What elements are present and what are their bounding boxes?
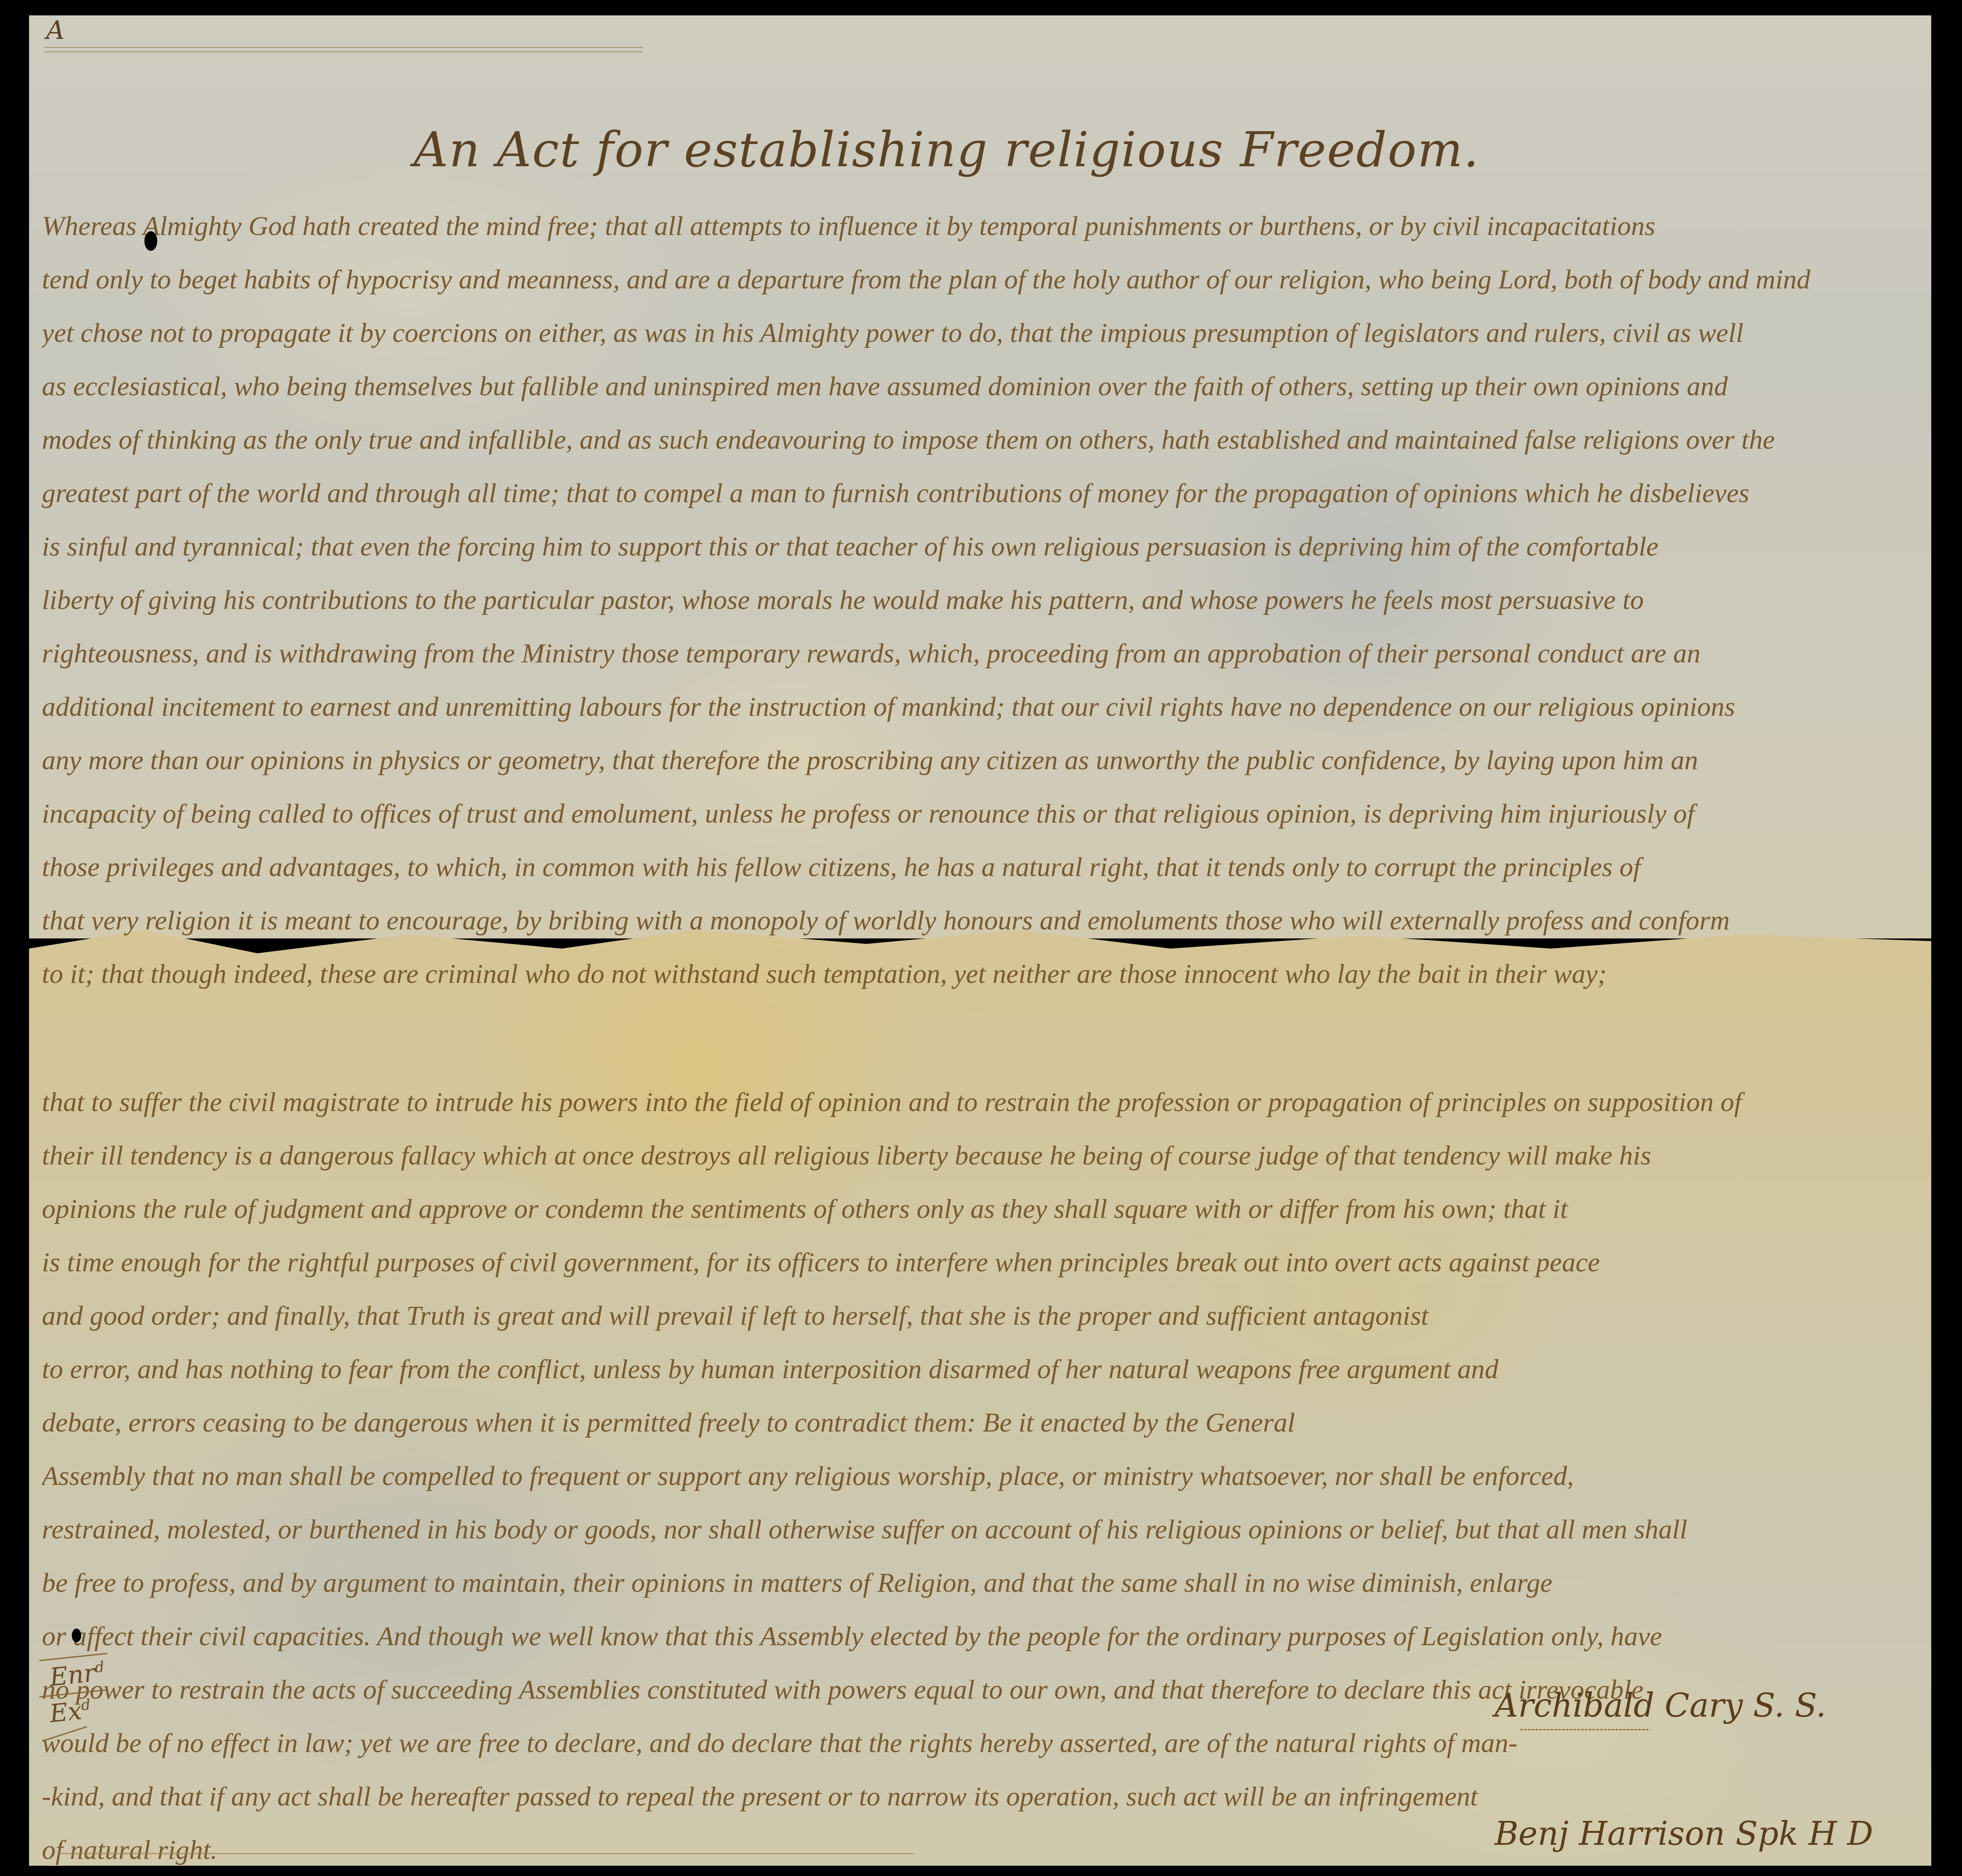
signer-name: Benj Harrison bbox=[1495, 1814, 1725, 1852]
body-line: that to suffer the civil magistrate to i… bbox=[42, 1075, 1913, 1129]
body-line: as ecclesiastical, who being themselves … bbox=[42, 359, 1913, 413]
body-line: additional incitement to earnest and unr… bbox=[42, 680, 1913, 733]
signature-block: Archibald Cary S. S. Benj Harrison Spk H… bbox=[1495, 1673, 1873, 1866]
body-line: yet chose not to propagate it by coercio… bbox=[42, 306, 1913, 359]
body-line: their ill tendency is a dangerous fallac… bbox=[42, 1129, 1913, 1182]
parchment-sheet: A An Act for establishing religious Free… bbox=[29, 15, 1931, 1866]
body-line: greatest part of the world and through a… bbox=[42, 466, 1913, 520]
body-line: to error, and has nothing to fear from t… bbox=[42, 1342, 1913, 1396]
margin-notes: Enrd Exd bbox=[41, 1656, 109, 1735]
body-line: debate, errors ceasing to be dangerous w… bbox=[42, 1396, 1913, 1449]
body-line: Whereas Almighty God hath created the mi… bbox=[42, 199, 1913, 253]
body-line: restrained, molested, or burthened in hi… bbox=[42, 1503, 1913, 1556]
body-line: liberty of giving his contributions to t… bbox=[42, 573, 1913, 626]
signature-house-speaker: Benj Harrison Spk H D bbox=[1495, 1802, 1873, 1866]
body-line: Assembly that no man shall be compelled … bbox=[42, 1449, 1913, 1503]
bottom-ruled-line bbox=[59, 1853, 913, 1854]
punch-hole bbox=[144, 231, 157, 251]
body-line: those privileges and advantages, to whic… bbox=[42, 840, 1913, 894]
body-line: righteousness, and is withdrawing from t… bbox=[42, 626, 1913, 680]
corner-mark: A bbox=[46, 15, 65, 45]
body-line: and good order; and finally, that Truth … bbox=[42, 1289, 1913, 1342]
body-line: be free to profess, and by argument to m… bbox=[42, 1556, 1913, 1609]
signer-title: Spk H D bbox=[1736, 1814, 1873, 1852]
signer-name: Archibald Cary bbox=[1495, 1686, 1743, 1724]
signature-underline bbox=[1520, 1729, 1648, 1730]
body-line: to it; that though indeed, these are cri… bbox=[42, 947, 1913, 1000]
margin-note-examined: Exd bbox=[39, 1689, 111, 1732]
body-line: modes of thinking as the only true and i… bbox=[42, 413, 1913, 466]
body-line: opinions the rule of judgment and approv… bbox=[42, 1182, 1913, 1235]
body-line: that very religion it is meant to encour… bbox=[42, 894, 1913, 947]
signature-senate-speaker: Archibald Cary S. S. bbox=[1495, 1673, 1873, 1738]
body-line: tend only to beget habits of hypocrisy a… bbox=[42, 253, 1913, 306]
document-title: An Act for establishing religious Freedo… bbox=[414, 122, 1480, 178]
punch-hole bbox=[72, 1629, 81, 1642]
scan-frame: A An Act for establishing religious Free… bbox=[0, 0, 1962, 1876]
body-line: is time enough for the rightful purposes… bbox=[42, 1235, 1913, 1289]
body-line: or affect their civil capacities. And th… bbox=[42, 1609, 1913, 1663]
body-line: any more than our opinions in physics or… bbox=[42, 733, 1913, 787]
body-line: incapacity of being called to offices of… bbox=[42, 787, 1913, 840]
top-ruled-line bbox=[44, 47, 643, 52]
signer-title: S. S. bbox=[1753, 1686, 1826, 1724]
body-line: is sinful and tyrannical; that even the … bbox=[42, 520, 1913, 573]
act-body: Whereas Almighty God hath created the mi… bbox=[42, 199, 1913, 1866]
